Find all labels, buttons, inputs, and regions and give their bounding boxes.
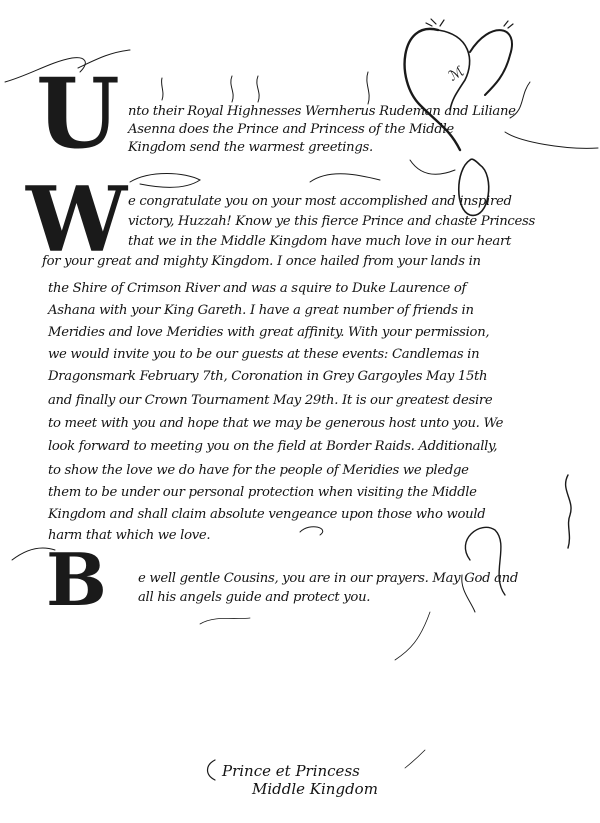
text-line: Meridies and love Meridies with great af… — [48, 324, 489, 342]
text-line: e well gentle Cousins, you are in our pr… — [138, 570, 518, 588]
text-line: that we in the Middle Kingdom have much … — [128, 233, 511, 251]
text-line: Asenna does the Prince and Princess of t… — [128, 121, 454, 139]
text-line: we would invite you to be our guests at … — [48, 346, 479, 364]
text-line: Dragonsmark February 7th, Coronation in … — [48, 368, 487, 386]
text-line: and finally our Crown Tournament May 29t… — [48, 392, 492, 410]
text-line: Kingdom and shall claim absolute vengean… — [48, 506, 485, 524]
text-line: all his angels guide and protect you. — [138, 589, 370, 607]
text-line: to show the love we do have for the peop… — [48, 462, 469, 480]
text-line: victory, Huzzah! Know ye this fierce Pri… — [128, 213, 535, 231]
text-line: Ashana with your King Gareth. I have a g… — [48, 302, 474, 320]
signature-kingdom: Middle Kingdom — [252, 780, 378, 798]
text-line: look forward to meeting you on the field… — [48, 438, 497, 456]
text-line: nto their Royal Highnesses Wernherus Rud… — [128, 103, 516, 121]
text-line: to meet with you and hope that we may be… — [48, 415, 503, 433]
svg-text:ℳ: ℳ — [446, 63, 467, 84]
text-line: e congratulate you on your most accompli… — [128, 193, 512, 211]
signature-title: Prince et Princess — [222, 762, 360, 780]
letter-page: ℳ — [0, 0, 600, 823]
text-line: Kingdom send the warmest greetings. — [128, 139, 373, 157]
text-line: them to be under our personal protection… — [48, 484, 477, 502]
text-line: the Shire of Crimson River and was a squ… — [48, 280, 466, 298]
drop-cap-u: U — [36, 64, 120, 164]
text-line: for your great and mighty Kingdom. I onc… — [42, 253, 481, 271]
drop-cap-b: B — [46, 540, 107, 620]
